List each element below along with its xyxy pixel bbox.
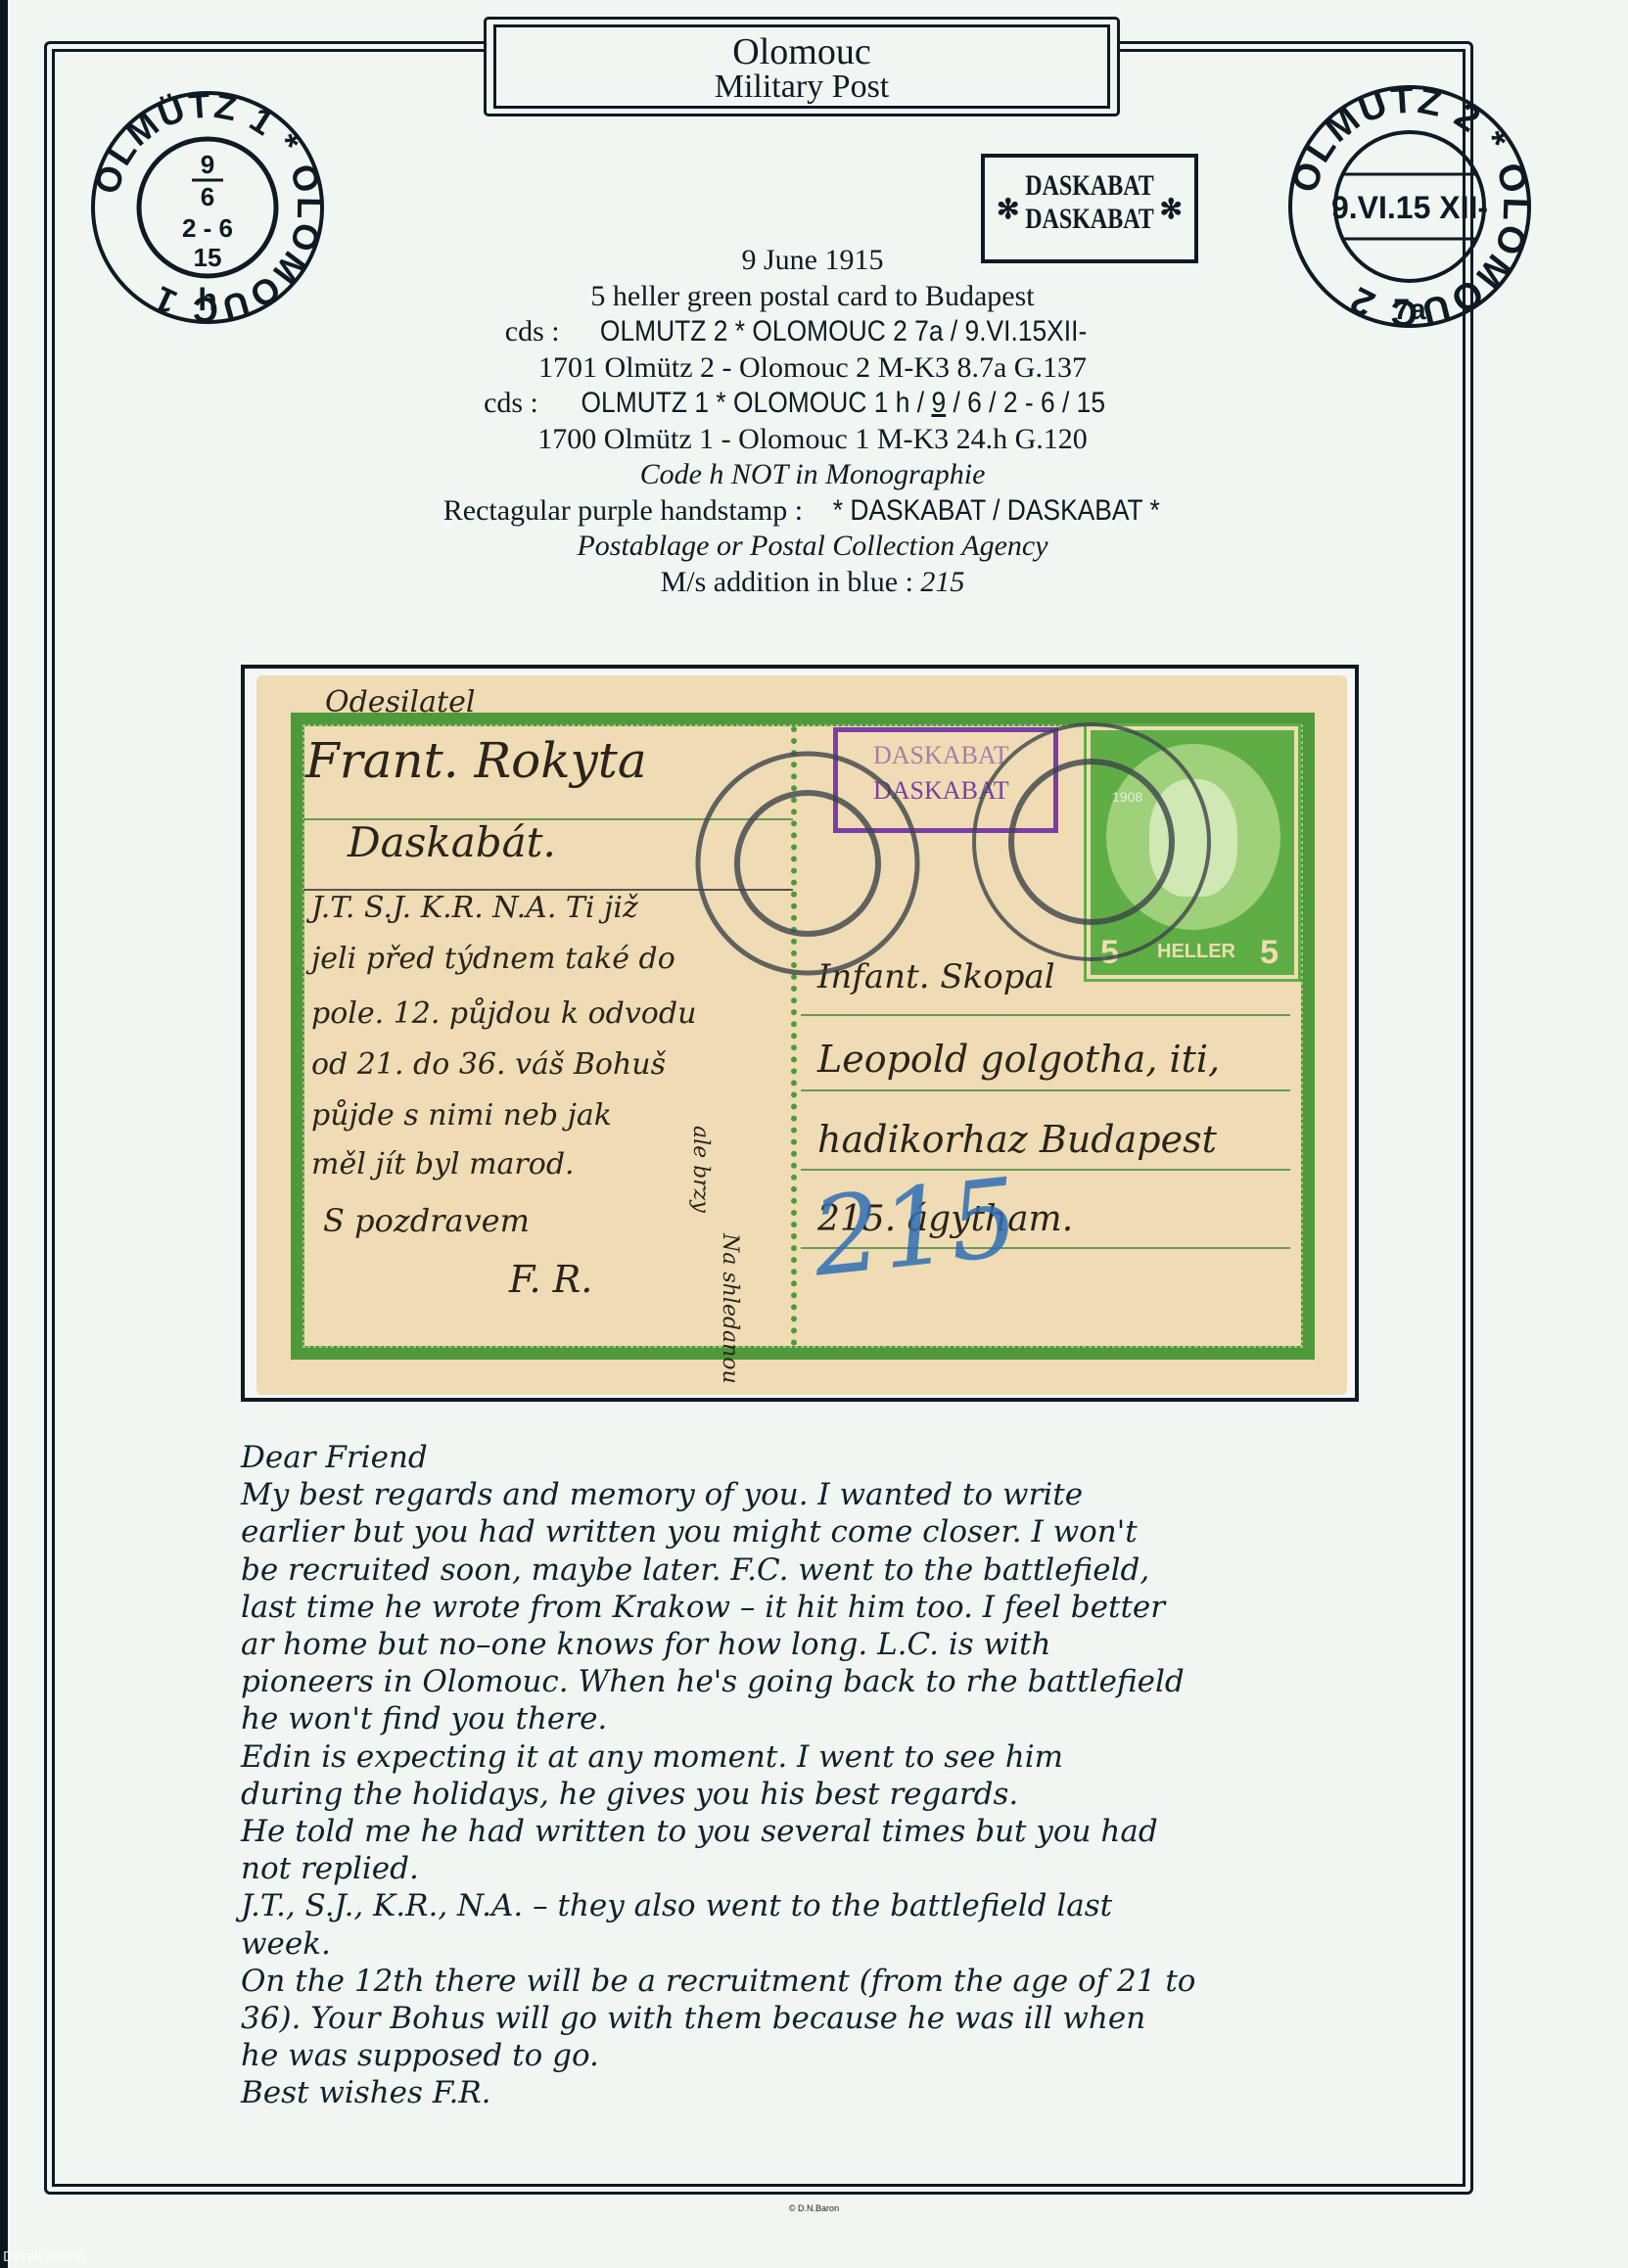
copyright-notice: © D.N.Baron xyxy=(0,2203,1628,2213)
card-cds-olmutz1 xyxy=(685,746,940,1000)
title-box: Olomouc Military Post xyxy=(493,24,1110,109)
agency-note: Postablage or Postal Collection Agency xyxy=(294,529,1331,565)
card-cds-olmutz2 xyxy=(964,710,1219,974)
message-line: S pozdravem xyxy=(323,1202,530,1239)
message-line: jeli před týdnem také do xyxy=(311,942,675,976)
card-description: 5 heller green postal card to Budapest xyxy=(294,279,1331,315)
message-line: od 21. do 36. váš Bohuš xyxy=(311,1047,666,1082)
svg-text:h: h xyxy=(198,282,217,317)
star-icon: ✻ xyxy=(997,193,1019,226)
svg-text:2 - 6: 2 - 6 xyxy=(182,213,233,243)
svg-text:15: 15 xyxy=(194,243,222,272)
message-line: půjde s nimi neb jak xyxy=(311,1098,612,1133)
message-line: měl jít byl marod. xyxy=(311,1147,575,1181)
scan-edge xyxy=(0,0,8,2268)
recipient-line: Leopold golgotha, iti, xyxy=(817,1038,1220,1081)
cds1-line: cds : OLMUTZ 2 * OLOMOUC 2 7a / 9.VI.15X… xyxy=(294,314,1331,350)
cds2-line: cds : OLMUTZ 1 * OLOMOUC 1 h / 9 / 6 / 2… xyxy=(294,386,1331,422)
blue-manuscript-215: 215 xyxy=(807,1154,1024,1300)
translation-text: Dear Friend My best regards and memory o… xyxy=(241,1439,1367,2112)
svg-text:6: 6 xyxy=(201,182,214,211)
side-note: Na shledanou xyxy=(718,1233,742,1384)
recipient-line: hadikorhaz Budapest xyxy=(817,1118,1217,1161)
sender-name: Frant. Rokyta xyxy=(305,732,647,789)
handstamp-line: Rectagular purple handstamp : * DASKABAT… xyxy=(294,493,1331,530)
code-note: Code h NOT in Monographie xyxy=(294,457,1331,493)
sender-label: Odesilatel xyxy=(325,685,475,719)
page-title: Olomouc xyxy=(496,33,1107,70)
watermark: Derek Baron xyxy=(3,2248,85,2265)
sender-place: Daskabát. xyxy=(348,818,556,866)
signature: F. R. xyxy=(509,1258,592,1301)
cds1-reference: 1701 Olmütz 2 - Olomouc 2 M-K3 8.7a G.13… xyxy=(294,350,1331,387)
svg-text:9: 9 xyxy=(201,150,214,179)
svg-text:9.VI.15 XII-: 9.VI.15 XII- xyxy=(1331,190,1488,225)
message-line: J.T. S.J. K.R. N.A. Ti již xyxy=(311,891,638,925)
side-note: ale brzy xyxy=(688,1126,713,1213)
cover-date: 9 June 1915 xyxy=(294,243,1331,279)
page-subtitle: Military Post xyxy=(496,70,1107,104)
ms-addition-line: M/s addition in blue : 215 xyxy=(294,565,1331,601)
message-line: pole. 12. půjdou k odvodu xyxy=(311,996,696,1031)
star-icon: ✻ xyxy=(1160,193,1183,226)
svg-text:7a: 7a xyxy=(1393,294,1426,326)
cds2-reference: 1700 Olmütz 1 - Olomouc 1 M-K3 24.h G.12… xyxy=(294,422,1331,458)
description-block: 9 June 1915 5 heller green postal card t… xyxy=(294,243,1331,600)
